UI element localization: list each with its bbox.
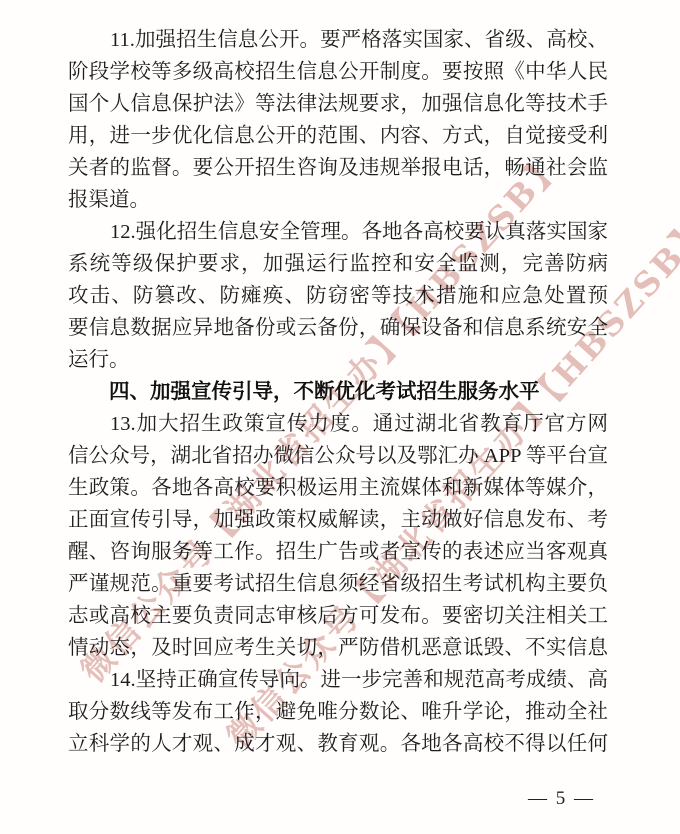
text-line: 醒、咨询服务等工作。招生广告或者宣传的表述应当客观真实、 (68, 536, 608, 568)
text-line: 国个人信息保护法》等法律法规要求，加强信息化等技术手段运 (68, 88, 608, 120)
section-heading-4: 四、加强宣传引导，不断优化考试招生服务水平 (68, 376, 608, 408)
text-line: 取分数线等发布工作，避免唯分数论、唯升学论，推动全社会树 (68, 696, 608, 728)
text-line: 攻击、防篡改、防瘫痪、防窃密等技术措施和应急处置预案，重 (68, 280, 608, 312)
page-number: — 5 — (528, 788, 595, 810)
document-body: 11.加强招生信息公开。要严格落实国家、省级、高校、高中 阶段学校等多级高校招生… (68, 24, 608, 760)
text-line: 12.强化招生信息安全管理。各地各高校要认真落实国家信息 (68, 216, 608, 248)
text-line: 立科学的人才观、成才观、教育观。各地各高校不得以任何形式 (68, 728, 608, 760)
paragraph-13: 13.加大招生政策宣传力度。通过湖北省教育厅官方网站、微 信公众号，湖北省招办微… (68, 408, 608, 664)
text-line: 要信息数据应异地备份或云备份，确保设备和信息系统安全可靠 (68, 312, 608, 344)
paragraph-14: 14.坚持正确宣传导向。进一步完善和规范高考成绩、高校录 取分数线等发布工作，避… (68, 664, 608, 760)
text-line: 用，进一步优化信息公开的范围、内容、方式，自觉接受利益相 (68, 120, 608, 152)
text-line: 信公众号，湖北省招办微信公众号以及鄂汇办 APP 等平台宣传招 (68, 440, 608, 472)
text-line: 11.加强招生信息公开。要严格落实国家、省级、高校、高中 (68, 24, 608, 56)
text-line: 13.加大招生政策宣传力度。通过湖北省教育厅官方网站、微 (68, 408, 608, 440)
text-line: 情动态，及时回应考生关切，严防借机恶意诋毁、不实信息炒作。 (68, 632, 608, 664)
text-line: 14.坚持正确宣传导向。进一步完善和规范高考成绩、高校录 (68, 664, 608, 696)
paragraph-12: 12.强化招生信息安全管理。各地各高校要认真落实国家信息 系统等级保护要求，加强… (68, 216, 608, 376)
text-line: 生政策。各地各高校要积极运用主流媒体和新媒体等媒介，加大 (68, 472, 608, 504)
text-line: 关者的监督。要公开招生咨询及违规举报电话，畅通社会监督举 (68, 152, 608, 184)
document-page: 微信公众号【湖北省招生办】【HBSZSB】 微信公众号【湖北省招生办】【HBSZ… (0, 0, 680, 834)
text-line: 阶段学校等多级高校招生信息公开制度。要按照《中华人民共和 (68, 56, 608, 88)
text-line: 运行。 (68, 344, 608, 376)
paragraph-11: 11.加强招生信息公开。要严格落实国家、省级、高校、高中 阶段学校等多级高校招生… (68, 24, 608, 216)
text-line: 正面宣传引导，加强政策权威解读，主动做好信息发布、考生提 (68, 504, 608, 536)
text-line: 严谨规范。重要考试招生信息须经省级招生考试机构主要负责同 (68, 568, 608, 600)
text-line: 系统等级保护要求，加强运行监控和安全监测，完善防病毒、防 (68, 248, 608, 280)
text-line: 报渠道。 (68, 184, 608, 216)
text-line: 志或高校主要负责同志审核后方可发布。要密切关注相关工作舆 (68, 600, 608, 632)
